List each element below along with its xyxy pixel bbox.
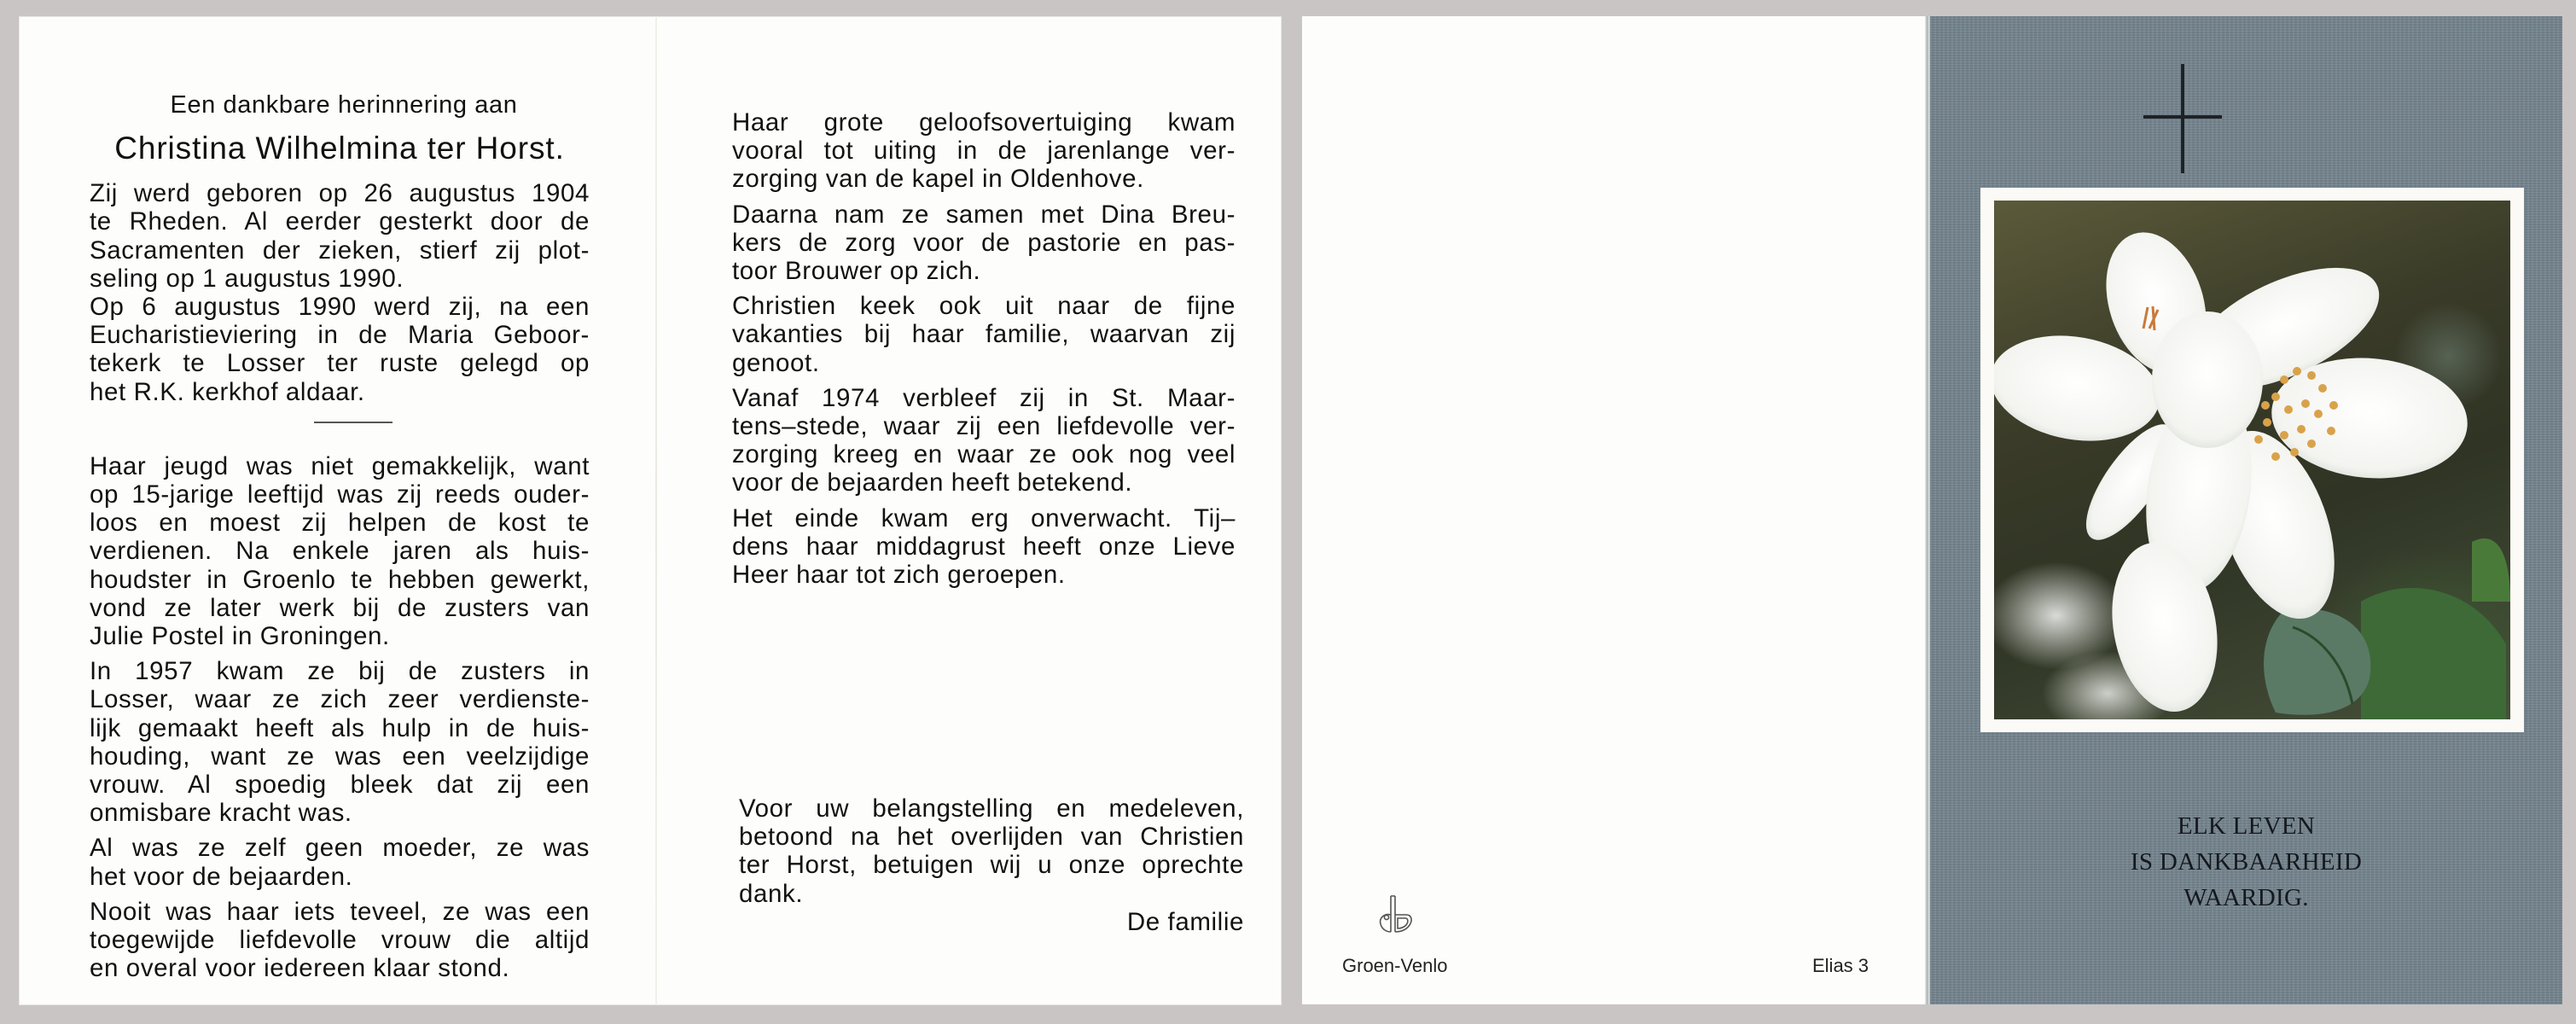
motto-line: ELK LEVEN bbox=[1930, 808, 2562, 844]
motto-line: WAARDIG. bbox=[1930, 880, 2562, 916]
paragraph: Al was ze zelf geen moeder, ze washet vo… bbox=[90, 834, 590, 890]
text-column-left: Een dankbare herinnering aan Christina W… bbox=[90, 91, 590, 989]
cross-icon bbox=[2143, 64, 2222, 173]
text-column-right: Haar grote geloofsovertuiging kwamvooral… bbox=[732, 108, 1236, 596]
paragraph: Op 6 augustus 1990 werd zij, na eenEucha… bbox=[90, 293, 590, 406]
text-line: toegewijde liefdevolle vrouw die altijd bbox=[90, 926, 590, 954]
paragraph: Haar jeugd was niet gemakkelijk, wantop … bbox=[90, 452, 590, 650]
text-line: vond ze later werk bij de zusters van bbox=[90, 594, 590, 622]
text-line: Op 6 augustus 1990 werd zij, na een bbox=[90, 293, 590, 321]
text-line: houdster in Groenlo te hebben gewerkt, bbox=[90, 566, 590, 594]
text-line: Het einde kwam erg onverwacht. Tij– bbox=[732, 504, 1236, 532]
text-line: Heer haar tot zich geroepen. bbox=[732, 561, 1236, 589]
memorial-card-outside: Groen-Venlo Elias 3 bbox=[1302, 16, 2562, 1004]
text-line: lijk gemaakt heeft als hulp in de huis- bbox=[90, 714, 590, 742]
text-line: het R.K. kerkhof aldaar. bbox=[90, 378, 590, 406]
text-line: Al was ze zelf geen moeder, ze was bbox=[90, 834, 590, 862]
text-line: seling op 1 augustus 1990. bbox=[90, 265, 590, 293]
deceased-name: Christina Wilhelmina ter Horst. bbox=[90, 131, 590, 166]
text-line: Haar jeugd was niet gemakkelijk, want bbox=[90, 452, 590, 480]
paragraph: Het einde kwam erg onverwacht. Tij–dens … bbox=[732, 504, 1236, 590]
text-line: Haar grote geloofsovertuiging kwam bbox=[732, 108, 1236, 137]
text-line: vakanties bij haar familie, waarvan zij bbox=[732, 320, 1236, 348]
publisher-label: Groen-Venlo bbox=[1342, 955, 1448, 977]
text-line: loos en moest zij helpen de kost te bbox=[90, 509, 590, 537]
text-line: tens–stede, waar zij een liefdevolle ver… bbox=[732, 412, 1236, 440]
paragraph: Daarna nam ze samen met Dina Breu-kers d… bbox=[732, 201, 1236, 286]
text-line: Voor uw belangstelling en medeleven, bbox=[739, 794, 1244, 823]
signature: De familie bbox=[739, 908, 1244, 936]
paragraph: Vanaf 1974 verbleef zij in St. Maar-tens… bbox=[732, 384, 1236, 497]
motto-line: IS DANKBAARHEID bbox=[1930, 844, 2562, 880]
text-line: te Rheden. Al eerder gesterkt door de bbox=[90, 207, 590, 236]
text-line: Daarna nam ze samen met Dina Breu- bbox=[732, 201, 1236, 229]
text-line: voor de bejaarden heeft betekend. bbox=[732, 468, 1236, 497]
memorial-card-inside: Een dankbare herinnering aan Christina W… bbox=[19, 16, 1282, 1005]
text-line: Christien keek ook uit naar de fijne bbox=[732, 292, 1236, 320]
text-line: vooral tot uiting in de jarenlange ver- bbox=[732, 137, 1236, 165]
text-line: zorging kreeg en waar ze ook nog veel bbox=[732, 440, 1236, 468]
text-line: toor Brouwer op zich. bbox=[732, 257, 1236, 285]
text-line: en overal voor iedereen klaar stond. bbox=[90, 954, 590, 982]
paragraph: In 1957 kwam ze bij de zusters inLosser,… bbox=[90, 657, 590, 827]
text-line: dank. bbox=[739, 880, 1244, 908]
intro-line: Een dankbare herinnering aan bbox=[90, 91, 590, 119]
text-line: Nooit was haar iets teveel, ze was een bbox=[90, 898, 590, 926]
biography-left: Zij werd geboren op 26 augustus 1904te R… bbox=[90, 179, 590, 982]
text-line: zorging van de kapel in Oldenhove. bbox=[732, 165, 1236, 193]
paragraph: Christien keek ook uit naar de fijnevaka… bbox=[732, 292, 1236, 377]
text-line: houding, want ze was een veelzijdige bbox=[90, 742, 590, 771]
text-line: het voor de bejaarden. bbox=[90, 863, 590, 891]
card-fold bbox=[655, 16, 657, 1005]
flower-photo bbox=[1994, 201, 2510, 719]
photo-frame bbox=[1980, 188, 2524, 732]
text-line: Vanaf 1974 verbleef zij in St. Maar- bbox=[732, 384, 1236, 412]
text-line: Eucharistieviering in de Maria Geboor- bbox=[90, 321, 590, 349]
text-line: betoond na het overlijden van Christien bbox=[739, 823, 1244, 851]
text-line: genoot. bbox=[732, 349, 1236, 377]
text-line: vrouw. Al spoedig bleek dat zij een bbox=[90, 771, 590, 799]
text-line: Zij werd geboren op 26 augustus 1904 bbox=[90, 179, 590, 207]
text-line: op 15-jarige leeftijd was zij reeds oude… bbox=[90, 480, 590, 509]
cover-motto: ELK LEVEN IS DANKBAARHEID WAARDIG. bbox=[1930, 808, 2562, 916]
design-code-label: Elias 3 bbox=[1812, 955, 1869, 977]
text-line: ter Horst, betuigen wij u onze oprechte bbox=[739, 851, 1244, 879]
text-line: verdienen. Na enkele jaren als huis- bbox=[90, 537, 590, 565]
biography-right: Haar grote geloofsovertuiging kwamvooral… bbox=[732, 108, 1236, 589]
text-line: dens haar middagrust heeft onze Lieve bbox=[732, 532, 1236, 561]
text-line: kers de zorg voor de pastorie en pas- bbox=[732, 229, 1236, 257]
separator-line bbox=[314, 422, 393, 423]
text-line: Losser, waar ze zich zeer verdienste- bbox=[90, 685, 590, 713]
front-cover: ELK LEVEN IS DANKBAARHEID WAARDIG. bbox=[1930, 16, 2562, 1004]
text-line: Sacramenten der zieken, stierf zij plot- bbox=[90, 236, 590, 265]
paragraph: Haar grote geloofsovertuiging kwamvooral… bbox=[732, 108, 1236, 194]
paragraph: Nooit was haar iets teveel, ze was eento… bbox=[90, 898, 590, 983]
printer-monogram-logo-icon bbox=[1372, 893, 1416, 937]
text-line: Julie Postel in Groningen. bbox=[90, 622, 590, 650]
thanks-block: Voor uw belangstelling en medeleven,beto… bbox=[739, 794, 1244, 936]
flower-illustration-icon bbox=[1994, 201, 2510, 719]
text-line: onmisbare kracht was. bbox=[90, 799, 590, 827]
thanks-text: Voor uw belangstelling en medeleven,beto… bbox=[739, 794, 1244, 908]
text-line: tekerk te Losser ter ruste gelegd op bbox=[90, 349, 590, 377]
paragraph: Zij werd geboren op 26 augustus 1904te R… bbox=[90, 179, 590, 293]
text-line: In 1957 kwam ze bij de zusters in bbox=[90, 657, 590, 685]
